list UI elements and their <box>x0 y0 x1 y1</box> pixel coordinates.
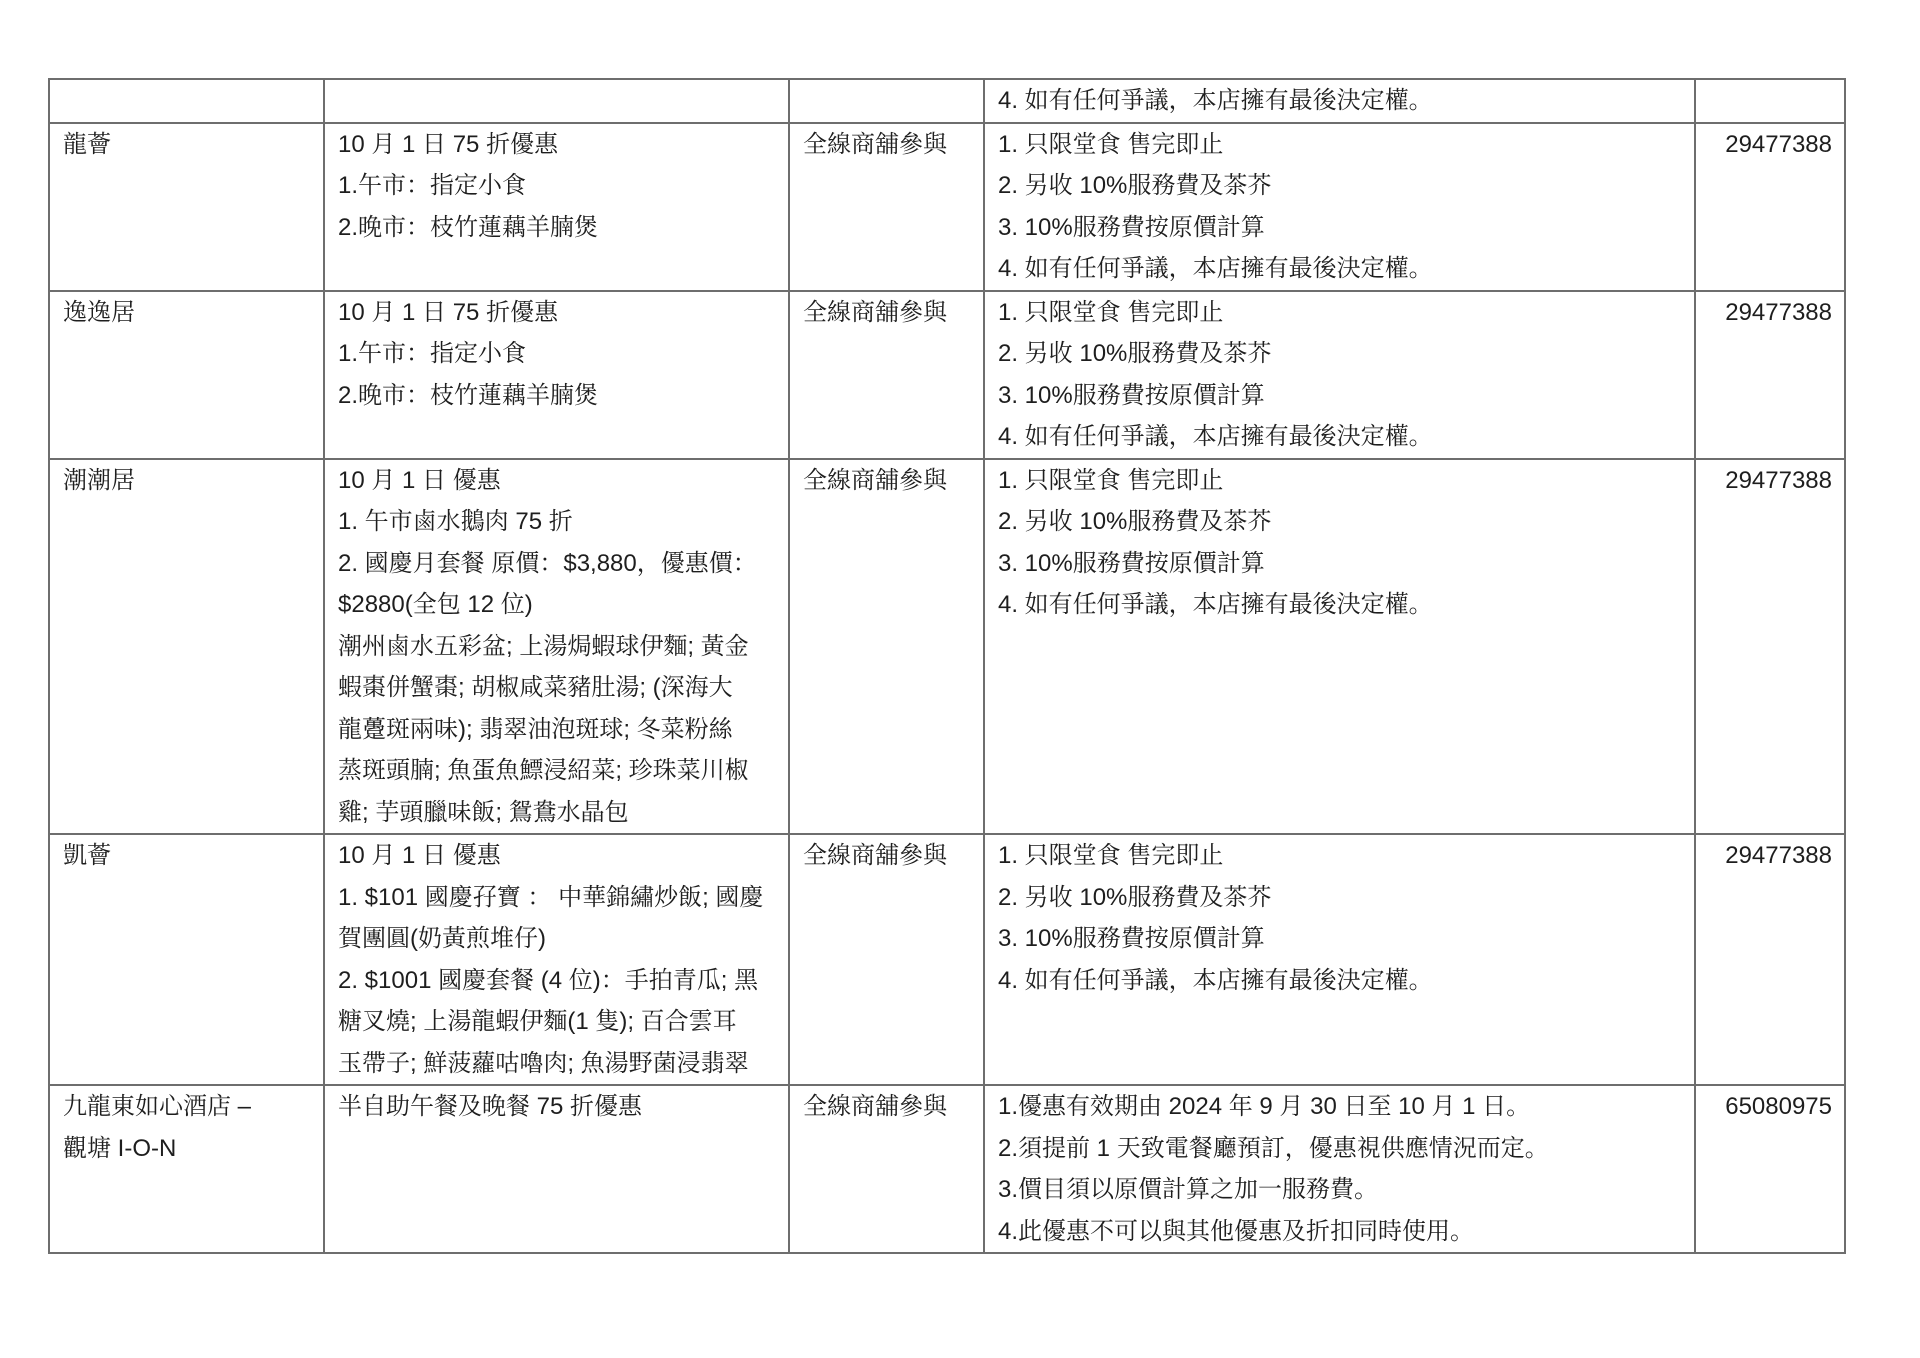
offer-line: 10 月 1 日 75 折優惠 <box>338 292 776 334</box>
restaurant-name-cell: 逸逸居 <box>49 291 324 459</box>
term-line: 1. 只限堂食 售完即止 <box>998 124 1682 166</box>
restaurant-name-cell: 潮潮居 <box>49 459 324 835</box>
restaurant-name: 凱薈 <box>63 835 311 877</box>
offer-cell: 10 月 1 日 優惠 1. $101 國慶孖寶 ： 中華錦繡炒飯; 國慶 賀團… <box>324 834 789 1085</box>
offer-line: 1. 午市鹵水鵝肉 75 折 <box>338 501 776 543</box>
offer-cell: 10 月 1 日 優惠 1. 午市鹵水鵝肉 75 折 2. 國慶月套餐 原價：$… <box>324 459 789 835</box>
offer-cell: 10 月 1 日 75 折優惠 1.午市：指定小食 2.晚市：枝竹蓮藕羊腩煲 <box>324 123 789 291</box>
term-line: 4. 如有任何爭議，本店擁有最後決定權。 <box>998 584 1682 626</box>
offer-line: 10 月 1 日 優惠 <box>338 460 776 502</box>
term-line: 4. 如有任何爭議，本店擁有最後決定權。 <box>998 80 1682 122</box>
term-line: 3. 10%服務費按原價計算 <box>998 918 1682 960</box>
term-line: 4. 如有任何爭議，本店擁有最後決定權。 <box>998 416 1682 458</box>
term-line: 1. 只限堂食 售完即止 <box>998 292 1682 334</box>
offer-line: 蒸斑頭腩; 魚蛋魚鰾浸紹菜; 珍珠菜川椒 <box>338 750 776 792</box>
terms-cell: 1.優惠有效期由 2024 年 9 月 30 日至 10 月 1 日。 2.須提… <box>984 1085 1695 1253</box>
phone-number: 29477388 <box>1725 467 1832 494</box>
offer-line: 2.晚市：枝竹蓮藕羊腩煲 <box>338 375 776 417</box>
term-line: 3. 10%服務費按原價計算 <box>998 543 1682 585</box>
offer-cell <box>324 79 789 123</box>
offer-line: 2. 國慶月套餐 原價：$3,880，優惠價： <box>338 543 776 585</box>
offer-line: 2.晚市：枝竹蓮藕羊腩煲 <box>338 207 776 249</box>
offer-line: 賀團圓(奶黃煎堆仔) <box>338 918 776 960</box>
participation-cell: 全線商舖參與 <box>789 291 984 459</box>
term-line: 2. 另收 10%服務費及茶芥 <box>998 877 1682 919</box>
term-line: 2. 另收 10%服務費及茶芥 <box>998 333 1682 375</box>
restaurant-name: 觀塘 I-O-N <box>63 1128 311 1170</box>
offer-line: 10 月 1 日 75 折優惠 <box>338 124 776 166</box>
restaurant-name: 潮潮居 <box>63 460 311 502</box>
phone-cell: 29477388 <box>1695 459 1845 835</box>
restaurant-name: 逸逸居 <box>63 292 311 334</box>
restaurant-name-cell <box>49 79 324 123</box>
offer-line: 玉帶子; 鮮菠蘿咕嚕肉; 魚湯野菌浸翡翠 <box>338 1043 776 1085</box>
participation-cell: 全線商舖參與 <box>789 459 984 835</box>
terms-cell: 1. 只限堂食 售完即止 2. 另收 10%服務費及茶芥 3. 10%服務費按原… <box>984 834 1695 1085</box>
term-line: 2. 另收 10%服務費及茶芥 <box>998 501 1682 543</box>
offer-line: 潮州鹵水五彩盆; 上湯焗蝦球伊麵; 黃金 <box>338 626 776 668</box>
term-line: 3. 10%服務費按原價計算 <box>998 375 1682 417</box>
phone-number: 29477388 <box>1725 131 1832 158</box>
table-row: 逸逸居 10 月 1 日 75 折優惠 1.午市：指定小食 2.晚市：枝竹蓮藕羊… <box>49 291 1845 459</box>
restaurant-name: 九龍東如心酒店 – <box>63 1086 311 1128</box>
term-line: 4. 如有任何爭議，本店擁有最後決定權。 <box>998 960 1682 1002</box>
term-line: 1.優惠有效期由 2024 年 9 月 30 日至 10 月 1 日。 <box>998 1086 1682 1128</box>
term-line: 4. 如有任何爭議，本店擁有最後決定權。 <box>998 248 1682 290</box>
offer-line: 雞; 芋頭臘味飯; 鴛鴦水晶包 <box>338 792 776 834</box>
phone-number: 65080975 <box>1725 1093 1832 1120</box>
restaurant-name-cell: 九龍東如心酒店 – 觀塘 I-O-N <box>49 1085 324 1253</box>
table-row: 潮潮居 10 月 1 日 優惠 1. 午市鹵水鵝肉 75 折 2. 國慶月套餐 … <box>49 459 1845 835</box>
phone-cell: 29477388 <box>1695 291 1845 459</box>
offer-line: $2880(全包 12 位) <box>338 584 776 626</box>
table-row: 龍薈 10 月 1 日 75 折優惠 1.午市：指定小食 2.晚市：枝竹蓮藕羊腩… <box>49 123 1845 291</box>
offer-line: 蝦棗併蟹棗; 胡椒咸菜豬肚湯; (深海大 <box>338 667 776 709</box>
restaurant-name-cell: 凱薈 <box>49 834 324 1085</box>
offer-line: 龍躉斑兩味); 翡翠油泡斑球; 冬菜粉絲 <box>338 709 776 751</box>
table-row: 凱薈 10 月 1 日 優惠 1. $101 國慶孖寶 ： 中華錦繡炒飯; 國慶… <box>49 834 1845 1085</box>
offer-cell: 10 月 1 日 75 折優惠 1.午市：指定小食 2.晚市：枝竹蓮藕羊腩煲 <box>324 291 789 459</box>
terms-cell: 4. 如有任何爭議，本店擁有最後決定權。 <box>984 79 1695 123</box>
restaurant-name-cell: 龍薈 <box>49 123 324 291</box>
term-line: 2.須提前 1 天致電餐廳預訂，優惠視供應情況而定。 <box>998 1128 1682 1170</box>
terms-cell: 1. 只限堂食 售完即止 2. 另收 10%服務費及茶芥 3. 10%服務費按原… <box>984 291 1695 459</box>
terms-cell: 1. 只限堂食 售完即止 2. 另收 10%服務費及茶芥 3. 10%服務費按原… <box>984 123 1695 291</box>
terms-cell: 1. 只限堂食 售完即止 2. 另收 10%服務費及茶芥 3. 10%服務費按原… <box>984 459 1695 835</box>
participation-cell: 全線商舖參與 <box>789 123 984 291</box>
offer-cell: 半自助午餐及晚餐 75 折優惠 <box>324 1085 789 1253</box>
phone-cell: 29477388 <box>1695 123 1845 291</box>
offer-line: 2. $1001 國慶套餐 (4 位)：手拍青瓜; 黑 <box>338 960 776 1002</box>
term-line: 1. 只限堂食 售完即止 <box>998 835 1682 877</box>
offer-line: 糖叉燒; 上湯龍蝦伊麵(1 隻); 百合雲耳 <box>338 1001 776 1043</box>
offer-line: 1. $101 國慶孖寶 ： 中華錦繡炒飯; 國慶 <box>338 877 776 919</box>
term-line: 2. 另收 10%服務費及茶芥 <box>998 165 1682 207</box>
term-line: 4.此優惠不可以與其他優惠及折扣同時使用。 <box>998 1211 1682 1253</box>
table-row: 九龍東如心酒店 – 觀塘 I-O-N 半自助午餐及晚餐 75 折優惠 全線商舖參… <box>49 1085 1845 1253</box>
offer-line: 1.午市：指定小食 <box>338 165 776 207</box>
participation-cell: 全線商舖參與 <box>789 834 984 1085</box>
promotions-table: 4. 如有任何爭議，本店擁有最後決定權。 龍薈 10 月 1 日 75 折優惠 … <box>48 78 1846 1254</box>
offer-line: 1.午市：指定小食 <box>338 333 776 375</box>
phone-number: 29477388 <box>1725 842 1832 869</box>
phone-cell <box>1695 79 1845 123</box>
participation-cell: 全線商舖參與 <box>789 1085 984 1253</box>
phone-cell: 65080975 <box>1695 1085 1845 1253</box>
term-line: 1. 只限堂食 售完即止 <box>998 460 1682 502</box>
phone-number: 29477388 <box>1725 299 1832 326</box>
offer-line: 半自助午餐及晚餐 75 折優惠 <box>338 1086 776 1128</box>
restaurant-name: 龍薈 <box>63 124 311 166</box>
term-line: 3. 10%服務費按原價計算 <box>998 207 1682 249</box>
participation-cell <box>789 79 984 123</box>
offer-line: 10 月 1 日 優惠 <box>338 835 776 877</box>
term-line: 3.價目須以原價計算之加一服務費。 <box>998 1169 1682 1211</box>
table-row: 4. 如有任何爭議，本店擁有最後決定權。 <box>49 79 1845 123</box>
phone-cell: 29477388 <box>1695 834 1845 1085</box>
